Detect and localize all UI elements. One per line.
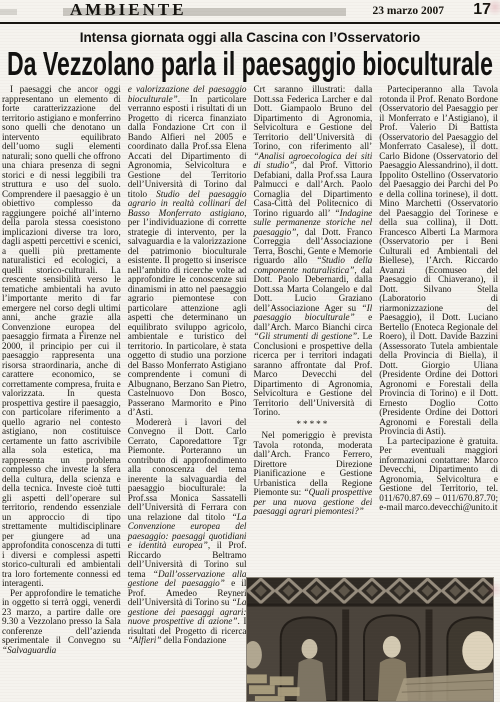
article-column-2: e valorizzazione del paesaggio biocultur… [128, 85, 247, 702]
issue-date: 23 marzo 2007 [372, 5, 444, 17]
headline-text: Da Vezzolano parla il paesaggio biocultu… [7, 46, 493, 82]
article-paragraph: Per approfondire le tematiche in oggetto… [2, 589, 121, 656]
headline-svg: Da Vezzolano parla il paesaggio biocultu… [0, 46, 500, 83]
article-paragraph: I paesaggi che ancor oggi rappresentano … [2, 85, 121, 589]
article-paragraph: Crt saranno illustrati: dalla Dott.ssa F… [254, 85, 373, 418]
section-separator: ***** [254, 420, 373, 430]
newspaper-page: AMBIENTE 23 marzo 2007 17 Intensa giorna… [0, 0, 500, 702]
section-title: AMBIENTE [70, 0, 187, 20]
fresco-photo [246, 577, 494, 702]
article-paragraph: Modererà i lavori del Convegno il Dott. … [128, 418, 247, 646]
section-header: AMBIENTE 23 marzo 2007 17 [0, 0, 500, 22]
article-paragraph: Nel pomeriggio è prevista Tavola rotonda… [254, 431, 373, 517]
header-rule [0, 22, 500, 24]
article-paragraph: La partecipazione è gratuita. Per eventu… [379, 437, 498, 513]
header-left-mark [0, 9, 17, 15]
headline: Da Vezzolano parla il paesaggio biocultu… [0, 46, 500, 83]
kicker: Intensa giornata oggi alla Cascina con l… [0, 30, 500, 45]
fresco-photo-art [247, 578, 493, 701]
article-column-1: I paesaggi che ancor oggi rappresentano … [2, 85, 121, 702]
article-paragraph: e valorizzazione del paesaggio biocultur… [128, 85, 247, 418]
article-paragraph: Parteciperanno alla Tavola rotonda il Pr… [379, 85, 498, 437]
page-number: 17 [473, 1, 491, 19]
